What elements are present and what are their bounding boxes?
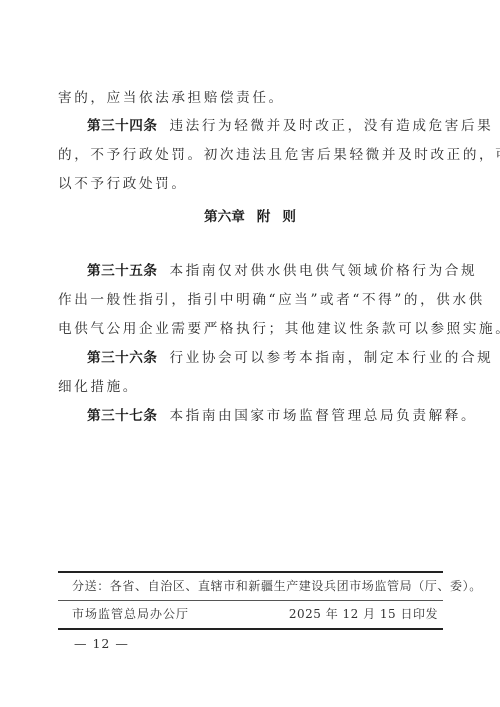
- chapter-number: 第六章: [204, 209, 245, 225]
- issue-date: 2025 年 12 月 15 日印发: [289, 606, 438, 622]
- chapter-heading: 第六章附则: [0, 207, 500, 227]
- footer-middle-rule: [58, 600, 443, 601]
- issuer: 市场监管总局办公厅: [72, 606, 189, 622]
- article-34-line-3: 以不予行政处罚。: [58, 174, 443, 194]
- page-number: — 12 —: [74, 636, 129, 651]
- article-36-title: 第三十六条: [87, 350, 157, 366]
- distribution-list: 分送：各省、自治区、直辖市和新疆生产建设兵团市场监管局（厅、委）。: [72, 578, 482, 594]
- article-34-title: 第三十四条: [87, 118, 157, 134]
- article-34-line-2: 的，不予行政处罚。初次违法且危害后果轻微并及时改正的，可: [58, 145, 443, 165]
- article-35-line-1: 第三十五条本指南仅对供水供电供气领域价格行为合规: [87, 261, 443, 281]
- article-34-line-1: 第三十四条违法行为轻微并及时改正，没有造成危害后果: [87, 116, 443, 136]
- footer-top-rule: [58, 571, 443, 573]
- article-37-line-1: 第三十七条本指南由国家市场监督管理总局负责解释。: [87, 406, 443, 426]
- article-35-title: 第三十五条: [87, 263, 157, 279]
- article-37-title: 第三十七条: [87, 408, 157, 424]
- article-35-line-2: 作出一般性指引，指引中明确“应当”或者“不得”的，供水供: [58, 290, 443, 310]
- article-36-line-2: 细化措施。: [58, 377, 443, 397]
- article-33-tail: 害的，应当依法承担赔偿责任。: [58, 88, 443, 108]
- article-35-line-3: 电供气公用企业需要严格执行；其他建议性条款可以参照实施。: [58, 319, 443, 339]
- footer-bottom-rule: [58, 628, 443, 630]
- article-36-line-1: 第三十六条行业协会可以参考本指南，制定本行业的合规: [87, 348, 443, 368]
